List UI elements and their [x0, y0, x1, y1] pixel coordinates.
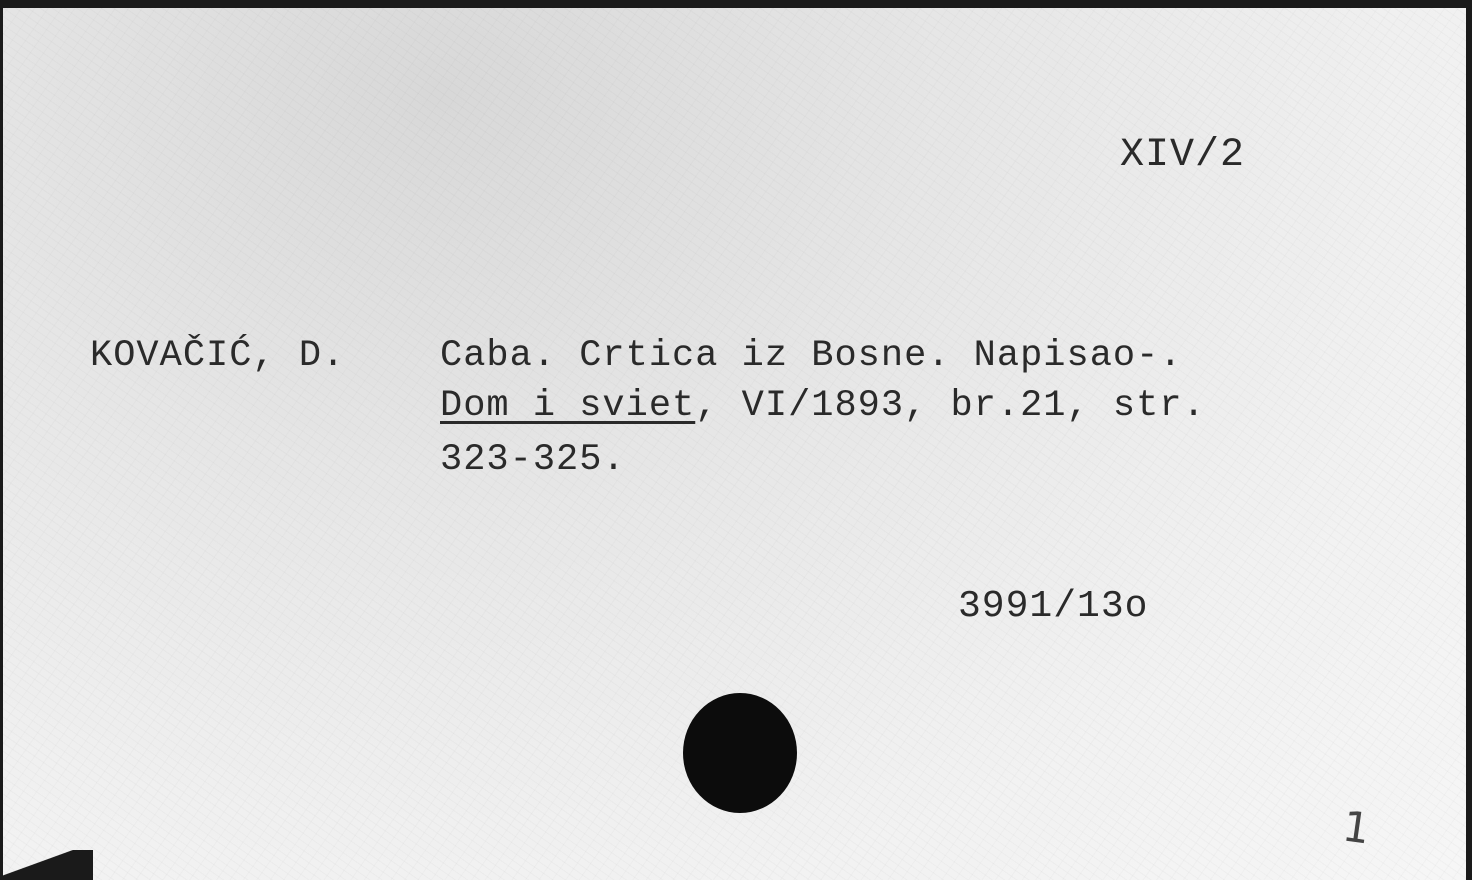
journal-title: Dom i sviet — [440, 385, 695, 427]
source-details: , VI/1893, br.21, str. — [695, 385, 1205, 427]
catalog-card: XIV/2 KOVAČIĆ, D. Caba. Crtica iz Bosne.… — [3, 8, 1466, 880]
title-line: Caba. Crtica iz Bosne. Napisao-. — [440, 338, 1183, 375]
author-heading: KOVAČIĆ, D. — [90, 338, 345, 375]
accession-number: 3991/13o — [958, 588, 1148, 626]
corner-shadow — [3, 850, 93, 880]
punch-hole-icon — [683, 693, 797, 813]
source-line: Dom i sviet, VI/1893, br.21, str. — [440, 388, 1206, 425]
call-number: XIV/2 — [1120, 136, 1245, 176]
page-range: 323-325. — [440, 442, 626, 479]
handwritten-mark: 1 — [1340, 801, 1373, 853]
